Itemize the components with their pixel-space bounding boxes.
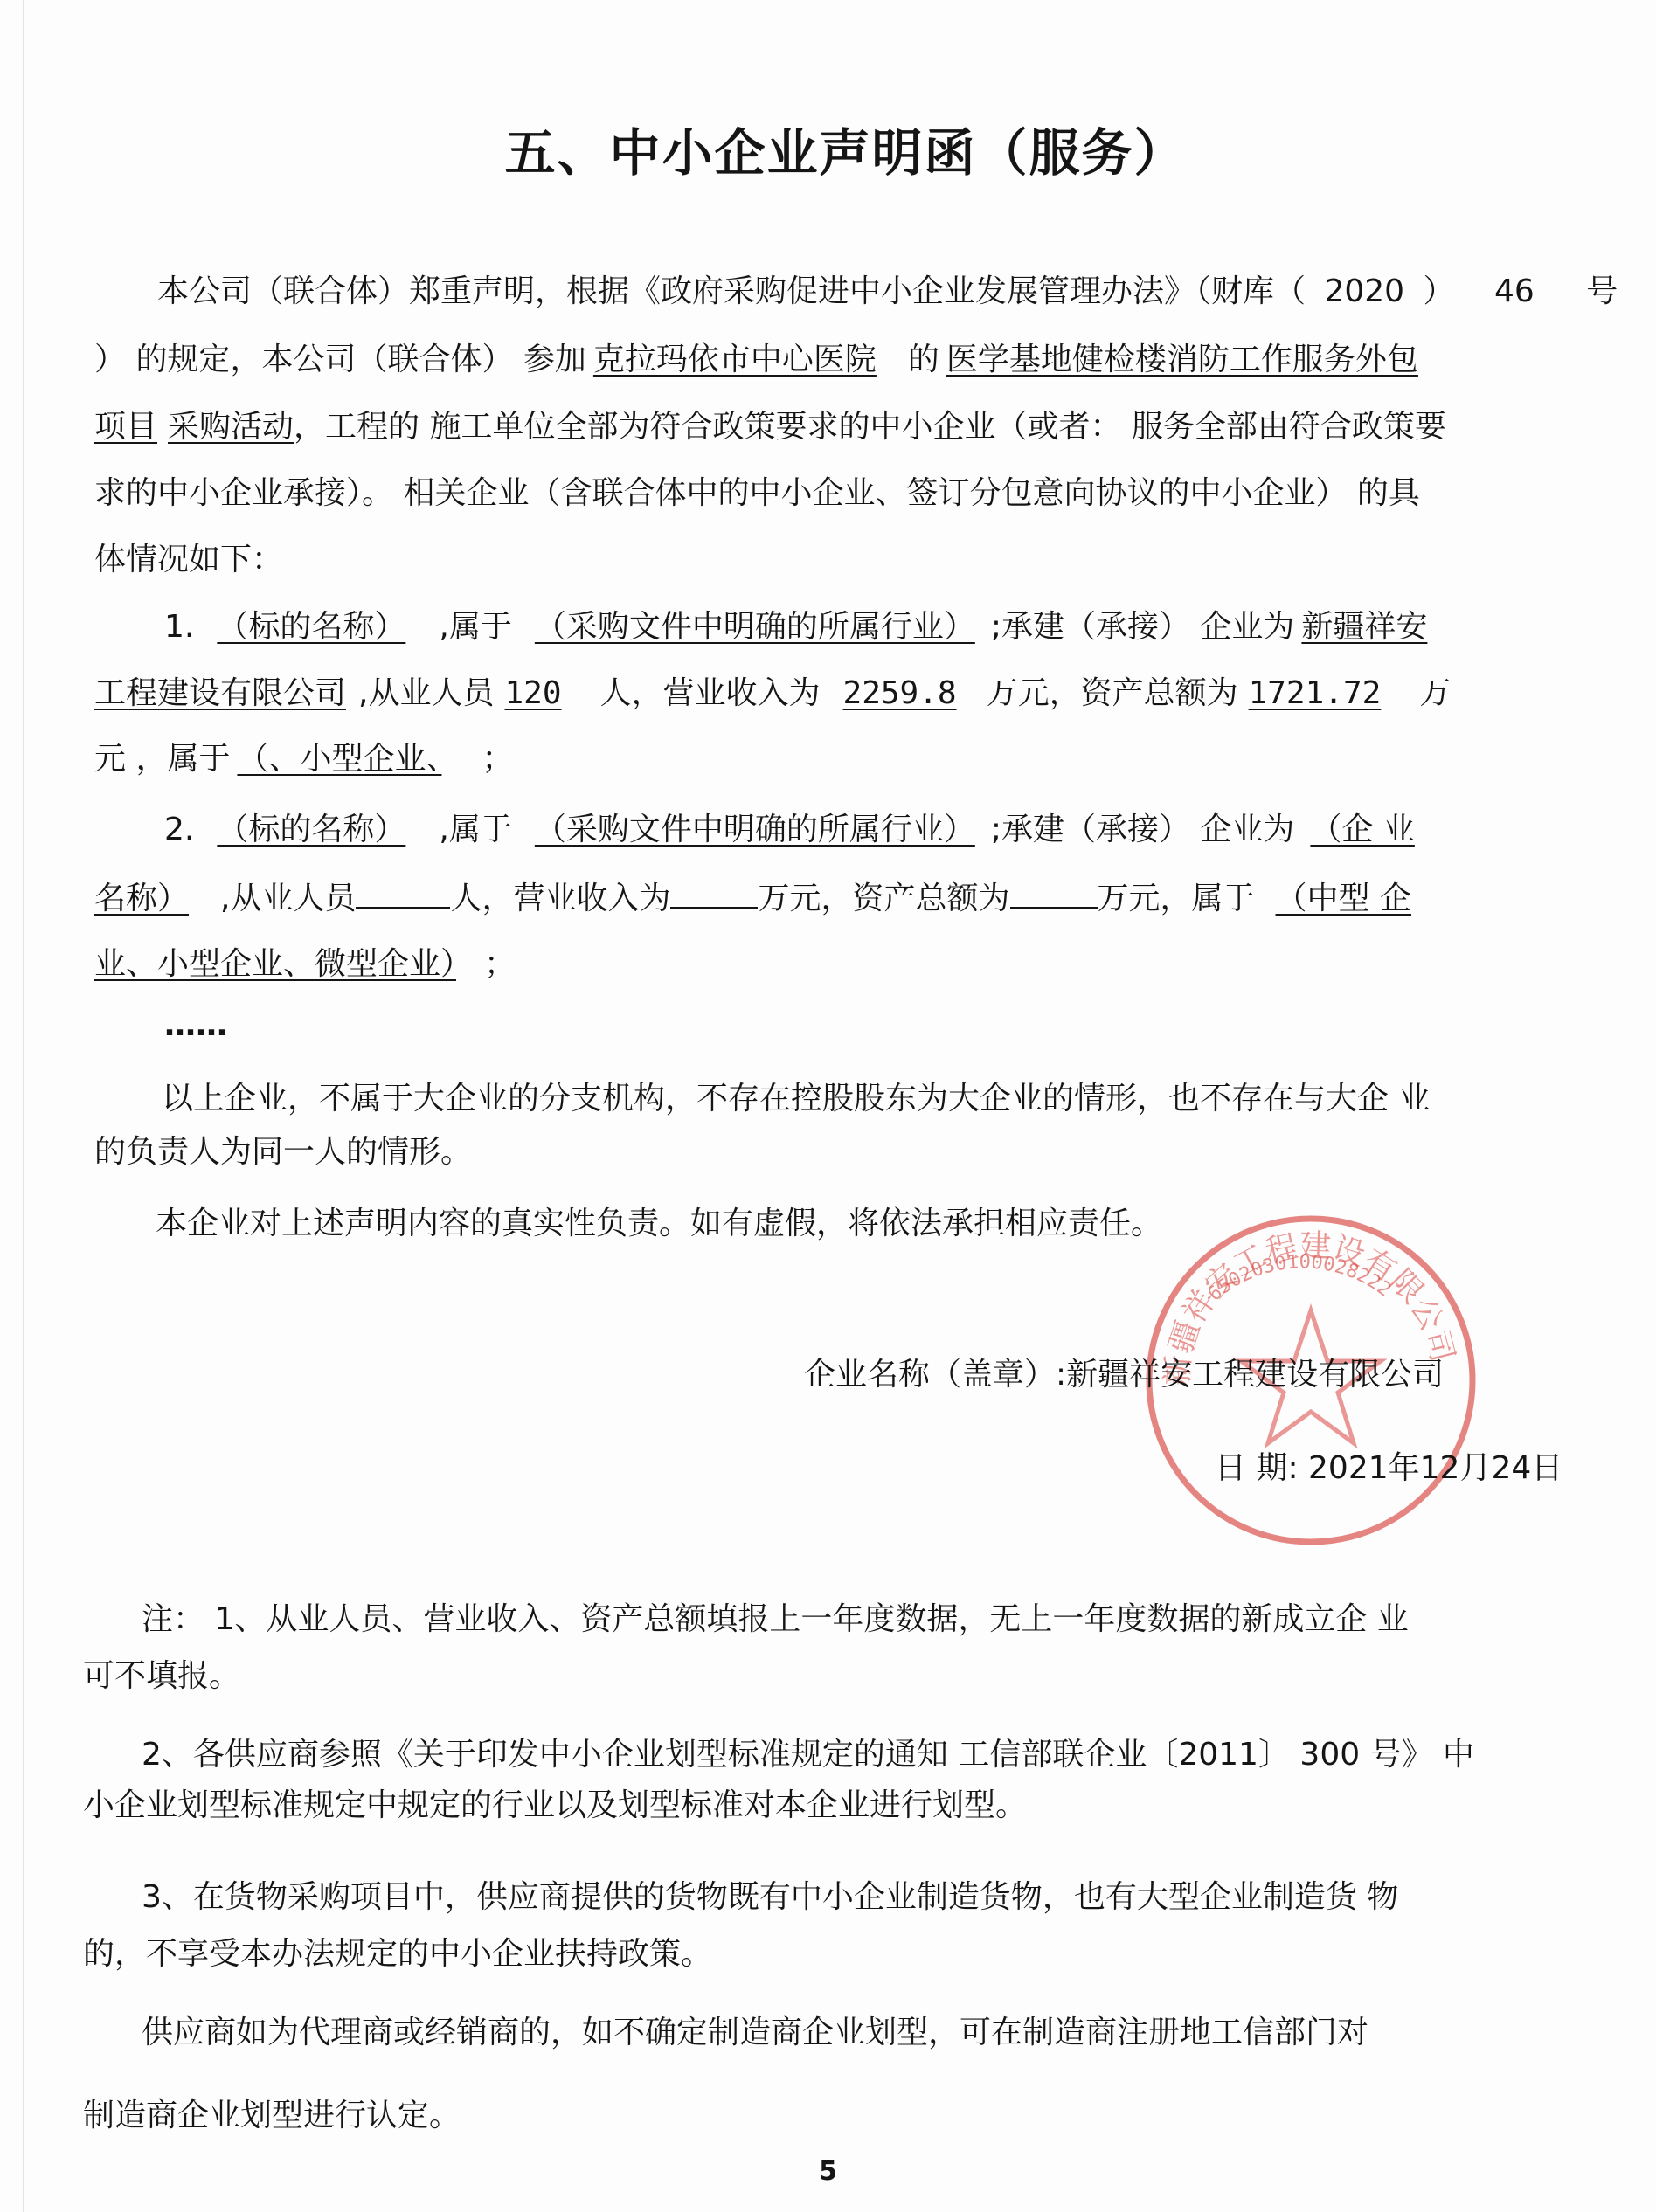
item2-line-3: 业、小型企业、微型企业）； [94, 944, 516, 985]
affirm-line-1: 以上企业，不属于大企业的分支机构，不存在控股股东为大企业的情形，也不存在与大企 … [162, 1078, 1430, 1120]
item-text: 万元，资产总额为 [758, 881, 1009, 916]
item2-line-1: 2.（标的名称）,属于（采购文件中明确的所属行业）;承建（承接） 企业为（企 业 [164, 809, 1415, 851]
item1-industry: （采购文件中明确的所属行业） [512, 609, 991, 645]
item-text: 人，营业收入为 [600, 675, 821, 711]
item2-industry: （采购文件中明确的所属行业） [512, 812, 991, 847]
intro-line-4: 求的中小企业承接）。 相关企业（含联合体中的中小企业、签订分包意向协议的中小企业… [94, 473, 1420, 515]
note-4-line-2: 制造商企业划型进行认定。 [83, 2095, 461, 2137]
item2-subject: （标的名称） [194, 812, 439, 847]
page-number: 5 [0, 2156, 1656, 2187]
item2-company-cont: 名称） [94, 881, 220, 916]
intro-text: 号 [1586, 273, 1618, 309]
item1-company: 新疆祥安 [1294, 609, 1427, 645]
item1-line-2: 工程建设有限公司,从业人员120人，营业收入为2259.8万元，资产总额为172… [94, 673, 1451, 715]
signature-company: 新疆祥安工程建设有限公司 [1066, 1357, 1444, 1393]
item2-size: （中型 企 [1255, 881, 1411, 916]
decree-year: 2020 [1324, 273, 1404, 309]
item-text: 人，营业收入为 [450, 881, 670, 916]
intro-text: 的 [908, 342, 939, 377]
item1-subject: （标的名称） [194, 609, 439, 645]
scan-page-edge [23, 0, 24, 2212]
item1-assets: 1721.72 [1238, 675, 1415, 711]
note-4-line-1: 供应商如为代理商或经销商的，如不确定制造商企业划型，可在制造商注册地工信部门对 [142, 2012, 1368, 2054]
item1-size: （、小型企业、 [230, 741, 482, 777]
intro-text: ，工程的 施工单位全部为符合政策要求的中小企业（或者： 服务全部由符合政策要 [294, 409, 1446, 445]
item-text: ;承建（承接） 企业为 [991, 609, 1295, 645]
intro-text: ） 的规定，本公司（联合体） 参加 [94, 342, 586, 377]
procurement-activity: 采购活动 [157, 409, 294, 445]
note-3-line-2: 的，不享受本办法规定的中小企业扶持政策。 [83, 1933, 712, 1975]
responsibility-statement: 本企业对上述声明内容的真实性负责。如有虚假，将依法承担相应责任。 [156, 1203, 1162, 1245]
item-text: ,属于 [439, 609, 511, 645]
item-number: 2. [164, 812, 194, 847]
project-name-cont: 项目 [94, 409, 157, 445]
item1-line-3: 元 ，属于（、小型企业、； [94, 738, 513, 780]
item-text: ;承建（承接） 企业为 [991, 812, 1295, 847]
item-number: 1. [164, 609, 194, 645]
intro-line-2: ） 的规定，本公司（联合体） 参加克拉玛依市中心医院的医学基地健检楼消防工作服务… [94, 339, 1418, 381]
item-text: ,从业人员 [358, 675, 494, 711]
item2-employees-blank [356, 875, 450, 909]
note-2-line-2: 小企业划型标准规定中规定的行业以及划型标准对本企业进行划型。 [83, 1785, 1027, 1827]
ellipsis: …… [164, 1005, 227, 1047]
intro-line-5: 体情况如下： [94, 539, 283, 581]
date-value: 2021年12月24日 [1308, 1450, 1562, 1486]
item-text: ,从业人员 [220, 881, 356, 916]
item-text: ； [482, 741, 513, 777]
intro-text: 本公司（联合体）郑重声明，根据《政府采购促进中小企业发展管理办法》（财库（ [157, 273, 1306, 309]
intro-line-3: 项目采购活动，工程的 施工单位全部为符合政策要求的中小企业（或者： 服务全部由符… [94, 406, 1446, 448]
intro-line-1: 本公司（联合体）郑重声明，根据《政府采购促进中小企业发展管理办法》（财库（ 20… [157, 271, 1618, 313]
item-text: 万 [1419, 675, 1451, 711]
project-name: 医学基地健检楼消防工作服务外包 [939, 342, 1418, 377]
item2-line-2: 名称）,从业人员人，营业收入为万元，资产总额为万元，属于（中型 企 [94, 875, 1411, 920]
note-1-line-2: 可不填报。 [83, 1656, 240, 1697]
purchaser-name: 克拉玛依市中心医院 [586, 342, 908, 377]
item-text: 元 ，属于 [94, 741, 230, 777]
note-1-line-1: 注： 1、从业人员、营业收入、资产总额填报上一年度数据，无上一年度数据的新成立企… [142, 1599, 1409, 1641]
decree-number: 46 [1494, 273, 1535, 309]
item-text: ,属于 [439, 812, 511, 847]
date-label: 日 期: [1215, 1450, 1299, 1486]
item1-employees: 120 [494, 675, 599, 711]
item2-revenue-blank [670, 875, 758, 909]
signature-label: 企业名称（盖章）: [804, 1357, 1066, 1393]
item-text: 万元，属于 [1098, 881, 1255, 916]
signature-line: 企业名称（盖章）:新疆祥安工程建设有限公司 [804, 1354, 1444, 1396]
intro-text: ） [1424, 273, 1455, 309]
item2-company: （企 业 [1294, 812, 1414, 847]
note-3-line-1: 3、在货物采购项目中，供应商提供的货物既有中小企业制造货物，也有大型企业制造货 … [142, 1877, 1398, 1918]
item1-line-1: 1.（标的名称）,属于（采购文件中明确的所属行业）;承建（承接） 企业为新疆祥安 [164, 606, 1427, 648]
affirm-line-2: 的负责人为同一人的情形。 [94, 1131, 472, 1173]
item-text: 万元，资产总额为 [987, 675, 1238, 711]
item2-size-cont: 业、小型企业、微型企业） [94, 946, 484, 982]
note-2-line-1: 2、各供应商参照《关于印发中小企业划型标准规定的通知 工信部联企业〔2011〕 … [142, 1734, 1474, 1776]
item2-assets-blank [1010, 875, 1098, 909]
page-title: 五、中小企业声明函（服务） [0, 112, 1656, 185]
date-line: 日 期: 2021年12月24日 [1215, 1448, 1562, 1490]
item1-company-cont: 工程建设有限公司 [94, 675, 358, 711]
stamp-code: 6502030100028222 [1204, 1251, 1395, 1305]
item1-revenue: 2259.8 [821, 675, 987, 711]
item-text: ； [484, 946, 516, 982]
